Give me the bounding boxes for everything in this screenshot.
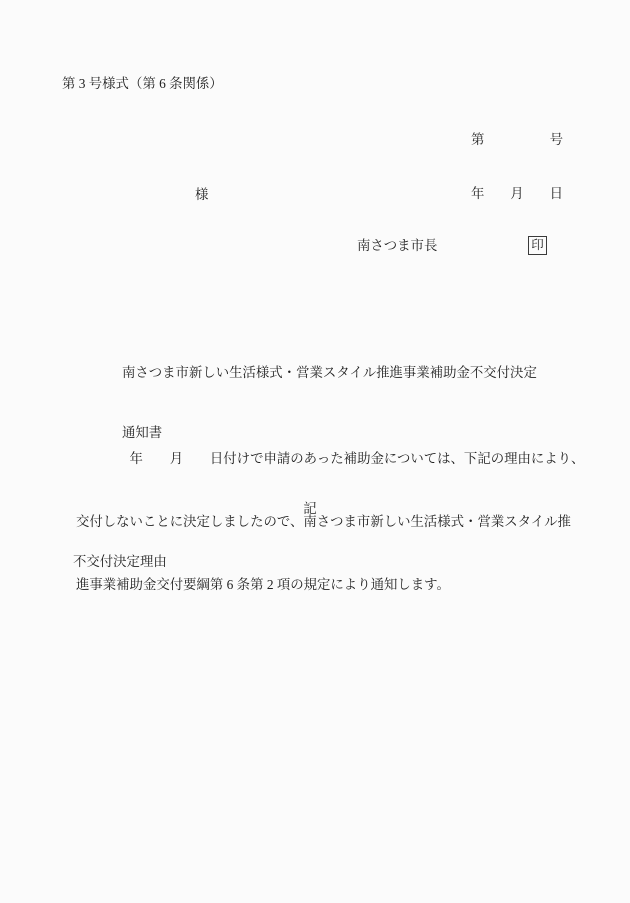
- seal-mark: 印: [528, 236, 547, 255]
- date-day-label: 日: [550, 183, 563, 205]
- body-paragraph: 年 月 日付けで申請のあった補助金については、下記の理由により、 交付しないこと…: [76, 406, 576, 637]
- document-number-line: 第 号: [471, 129, 563, 151]
- document-date-line: 年 月 日: [471, 183, 563, 205]
- body-line-3: 進事業補助金交付要綱第 6 条第 2 項の規定により通知します。: [76, 574, 576, 595]
- sender-line: 南さつま市長 印: [357, 236, 547, 255]
- body-line-1: 年 月 日付けで申請のあった補助金については、下記の理由により、: [76, 448, 576, 469]
- sender-title: 南さつま市長: [357, 238, 437, 253]
- doc-number-prefix: 第: [471, 129, 484, 151]
- document-title-line-1: 南さつま市新しい生活様式・営業スタイル推進事業補助金不交付決定: [122, 363, 537, 383]
- date-month-label: 月: [510, 183, 523, 205]
- date-year-label: 年: [471, 183, 484, 205]
- record-marker: 記: [0, 501, 620, 516]
- form-number: 第 3 号様式（第 6 条関係）: [62, 77, 223, 91]
- document-page: 第 3 号様式（第 6 条関係） 第 号 年 月 日 様 南さつま市長 印 南さ…: [0, 0, 630, 903]
- addressee-honorific: 様: [195, 187, 208, 202]
- doc-number-suffix: 号: [550, 129, 563, 151]
- document-meta: 第 号 年 月 日: [471, 97, 563, 237]
- reason-label: 不交付決定理由: [73, 554, 167, 569]
